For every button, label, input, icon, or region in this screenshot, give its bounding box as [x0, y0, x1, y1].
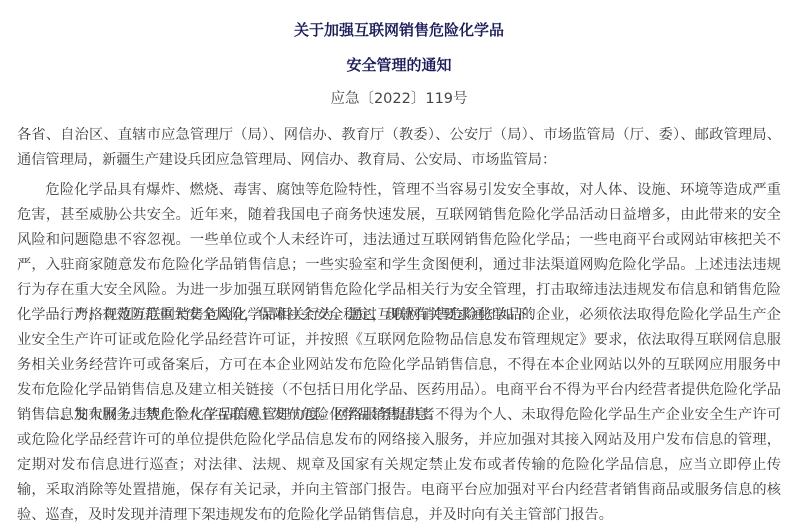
document-title-line-1: 关于加强互联网销售危险化学品	[0, 20, 798, 40]
addressee-paragraph: 各省、自治区、直辖市应急管理厅（局）、网信办、教育厅（教委）、公安厅（局）、市场…	[17, 123, 781, 173]
document-title-line-2: 安全管理的通知	[0, 55, 798, 75]
section-2-paragraph: 二、加大网上违规危险化学品信息管理力度。网络服务提供者不得为个人、未取得危险化学…	[17, 403, 781, 528]
notice-document: 关于加强互联网销售危险化学品 安全管理的通知 应急〔2022〕119号 各省、自…	[0, 0, 798, 530]
document-number: 应急〔2022〕119号	[0, 89, 798, 109]
